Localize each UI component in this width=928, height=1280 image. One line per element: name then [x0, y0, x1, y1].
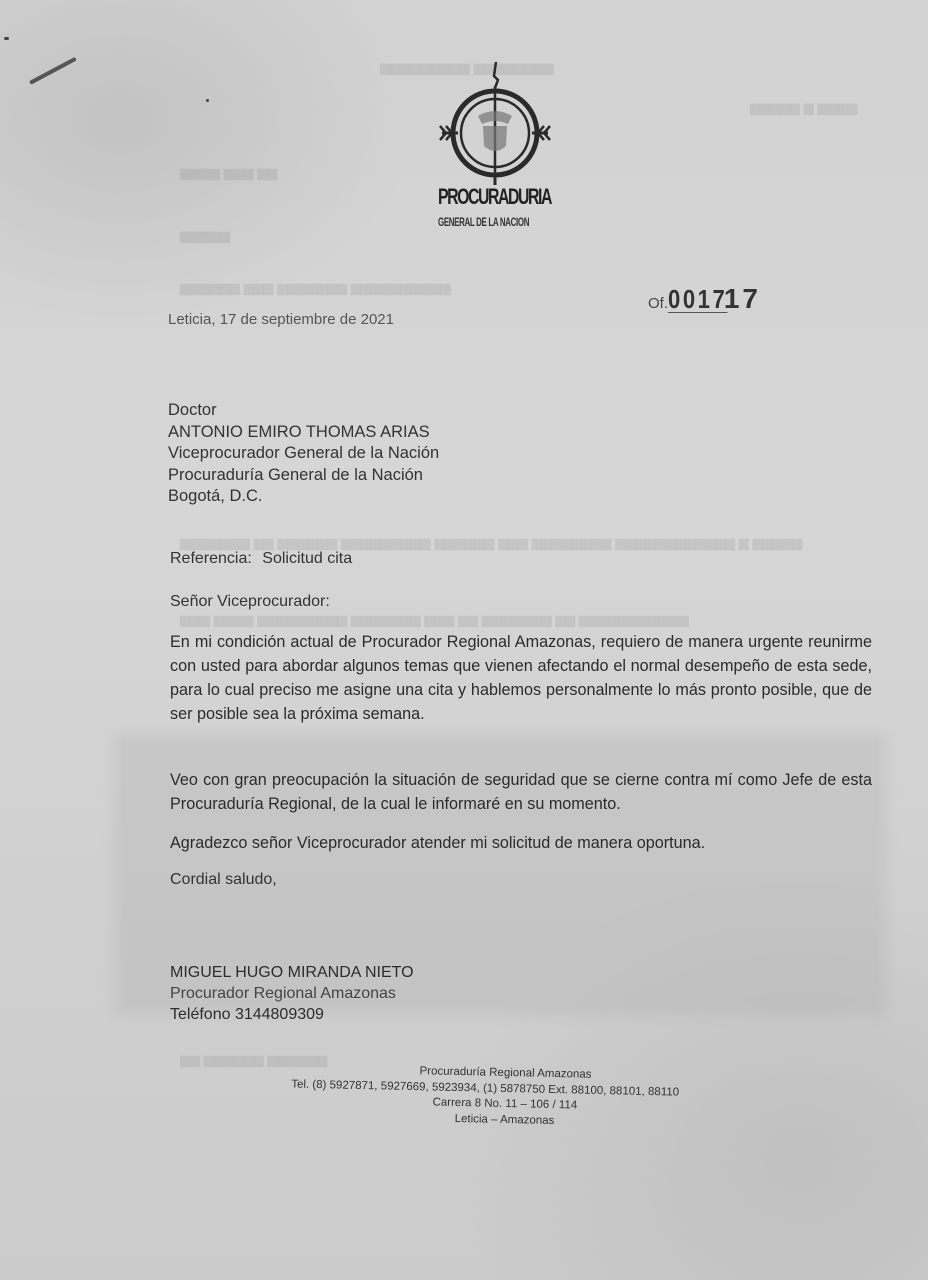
office-number-handwritten: 17	[724, 283, 761, 314]
reference-label: Referencia:	[170, 550, 252, 567]
letter-footer: Procuraduría Regional Amazonas Tel. (8) …	[249, 1061, 760, 1134]
letterhead-org-subtitle: GENERAL DE LA NACION	[438, 215, 517, 229]
body-paragraph: Agradezco señor Viceprocurador atender m…	[170, 831, 872, 855]
office-number-stamp: 0017	[668, 286, 727, 313]
signer-name: MIGUEL HUGO MIRANDA NIETO	[170, 962, 414, 983]
bleed-through-text: ▆▆▆▆▆	[180, 228, 230, 244]
letterhead-org-name: PROCURADURIA	[438, 186, 524, 208]
signature-block: MIGUEL HUGO MIRANDA NIETO Procurador Reg…	[170, 962, 414, 1025]
addressee-title: Doctor	[168, 400, 439, 422]
body-paragraph: En mi condición actual de Procurador Reg…	[170, 630, 872, 726]
addressee-city: Bogotá, D.C.	[168, 486, 439, 508]
closing: Cordial saludo,	[170, 871, 277, 889]
office-label: Of.	[648, 295, 668, 312]
signer-phone: Teléfono 3144809309	[170, 1004, 414, 1025]
addressee-block: Doctor ANTONIO EMIRO THOMAS ARIAS Vicepr…	[168, 400, 439, 508]
pen-mark	[29, 57, 77, 85]
addressee-organization: Procuraduría General de la Nación	[168, 465, 439, 487]
reference-value: Solicitud cita	[262, 550, 352, 567]
bleed-through-text: ▆▆▆▆ ▆▆▆ ▆▆	[180, 165, 277, 181]
pen-mark	[4, 37, 9, 40]
salutation: Señor Viceprocurador:	[170, 593, 330, 611]
addressee-position: Viceprocurador General de la Nación	[168, 443, 439, 465]
reference-line: Referencia: Solicitud cita	[170, 550, 352, 568]
place-date: Leticia, 17 de septiembre de 2021	[168, 311, 394, 328]
body-paragraph: Veo con gran preocupación la situación d…	[170, 768, 872, 816]
office-number: Of.001717	[648, 283, 761, 315]
addressee-name: ANTONIO EMIRO THOMAS ARIAS	[168, 422, 439, 444]
bleed-through-text: ▆▆▆ ▆▆▆▆ ▆▆▆▆▆▆▆▆▆ ▆▆▆▆▆▆▆ ▆▆▆ ▆▆ ▆▆▆▆▆▆…	[180, 612, 689, 628]
bleed-through-text: ▆▆▆▆▆ ▆ ▆▆▆▆	[750, 100, 857, 116]
pen-mark	[206, 99, 209, 102]
bleed-through-text: ▆▆▆▆▆▆▆ ▆▆ ▆▆▆▆▆▆ ▆▆▆▆▆▆▆▆▆ ▆▆▆▆▆▆ ▆▆▆ ▆…	[180, 535, 802, 551]
signer-role: Procurador Regional Amazonas	[170, 983, 414, 1004]
bleed-through-text: ▆▆▆▆▆▆ ▆▆▆ ▆▆▆▆▆▆▆ ▆▆▆▆▆▆▆▆▆▆	[180, 280, 451, 296]
letter-page: ▆▆▆▆ ▆▆▆ ▆▆ ▆▆▆▆▆ ▆▆▆▆▆▆ ▆▆▆ ▆▆▆▆▆▆▆ ▆▆▆…	[0, 0, 928, 1280]
